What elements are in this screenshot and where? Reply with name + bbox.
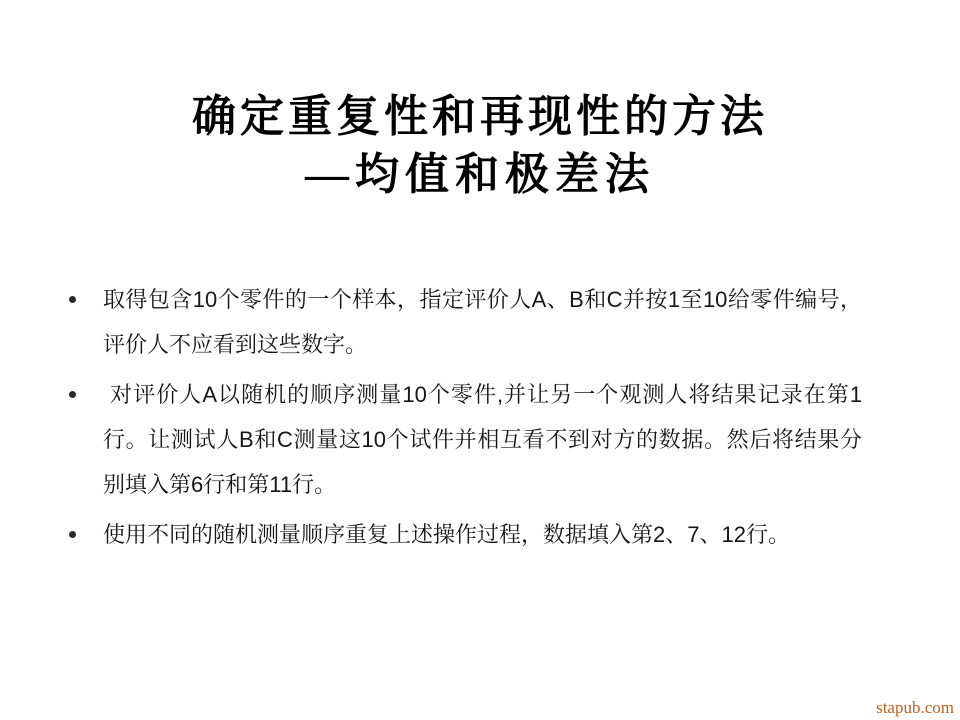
slide-title: 确定重复性和再现性的方法 —均值和极差法 <box>0 88 960 204</box>
bullet-item: 取得包含10个零件的一个样本，指定评价人A、B和C并按1至10给零件编号，评价人… <box>66 277 862 367</box>
bullet-item: 使用不同的随机测量顺序重复上述操作过程，数据填入第2、7、12行。 <box>66 512 862 557</box>
bullet-list: 取得包含10个零件的一个样本，指定评价人A、B和C并按1至10给零件编号，评价人… <box>66 277 862 557</box>
bullet-icon <box>69 391 76 398</box>
watermark: stapub.com <box>876 698 954 718</box>
bullet-text: 对评价人A以随机的顺序测量10个零件,并让另一个观测人将结果记录在第1行。让测试… <box>103 382 862 497</box>
slide-body: 取得包含10个零件的一个样本，指定评价人A、B和C并按1至10给零件编号，评价人… <box>66 277 862 562</box>
bullet-item: 对评价人A以随机的顺序测量10个零件,并让另一个观测人将结果记录在第1行。让测试… <box>66 372 862 507</box>
bullet-icon <box>69 296 76 303</box>
presentation-slide: 确定重复性和再现性的方法 —均值和极差法 取得包含10个零件的一个样本，指定评价… <box>0 0 960 720</box>
bullet-text: 取得包含10个零件的一个样本，指定评价人A、B和C并按1至10给零件编号，评价人… <box>103 287 862 357</box>
bullet-icon <box>69 531 76 538</box>
bullet-text: 使用不同的随机测量顺序重复上述操作过程，数据填入第2、7、12行。 <box>103 522 790 547</box>
slide-title-line2: —均值和极差法 <box>0 146 960 204</box>
slide-title-line1: 确定重复性和再现性的方法 <box>0 88 960 146</box>
